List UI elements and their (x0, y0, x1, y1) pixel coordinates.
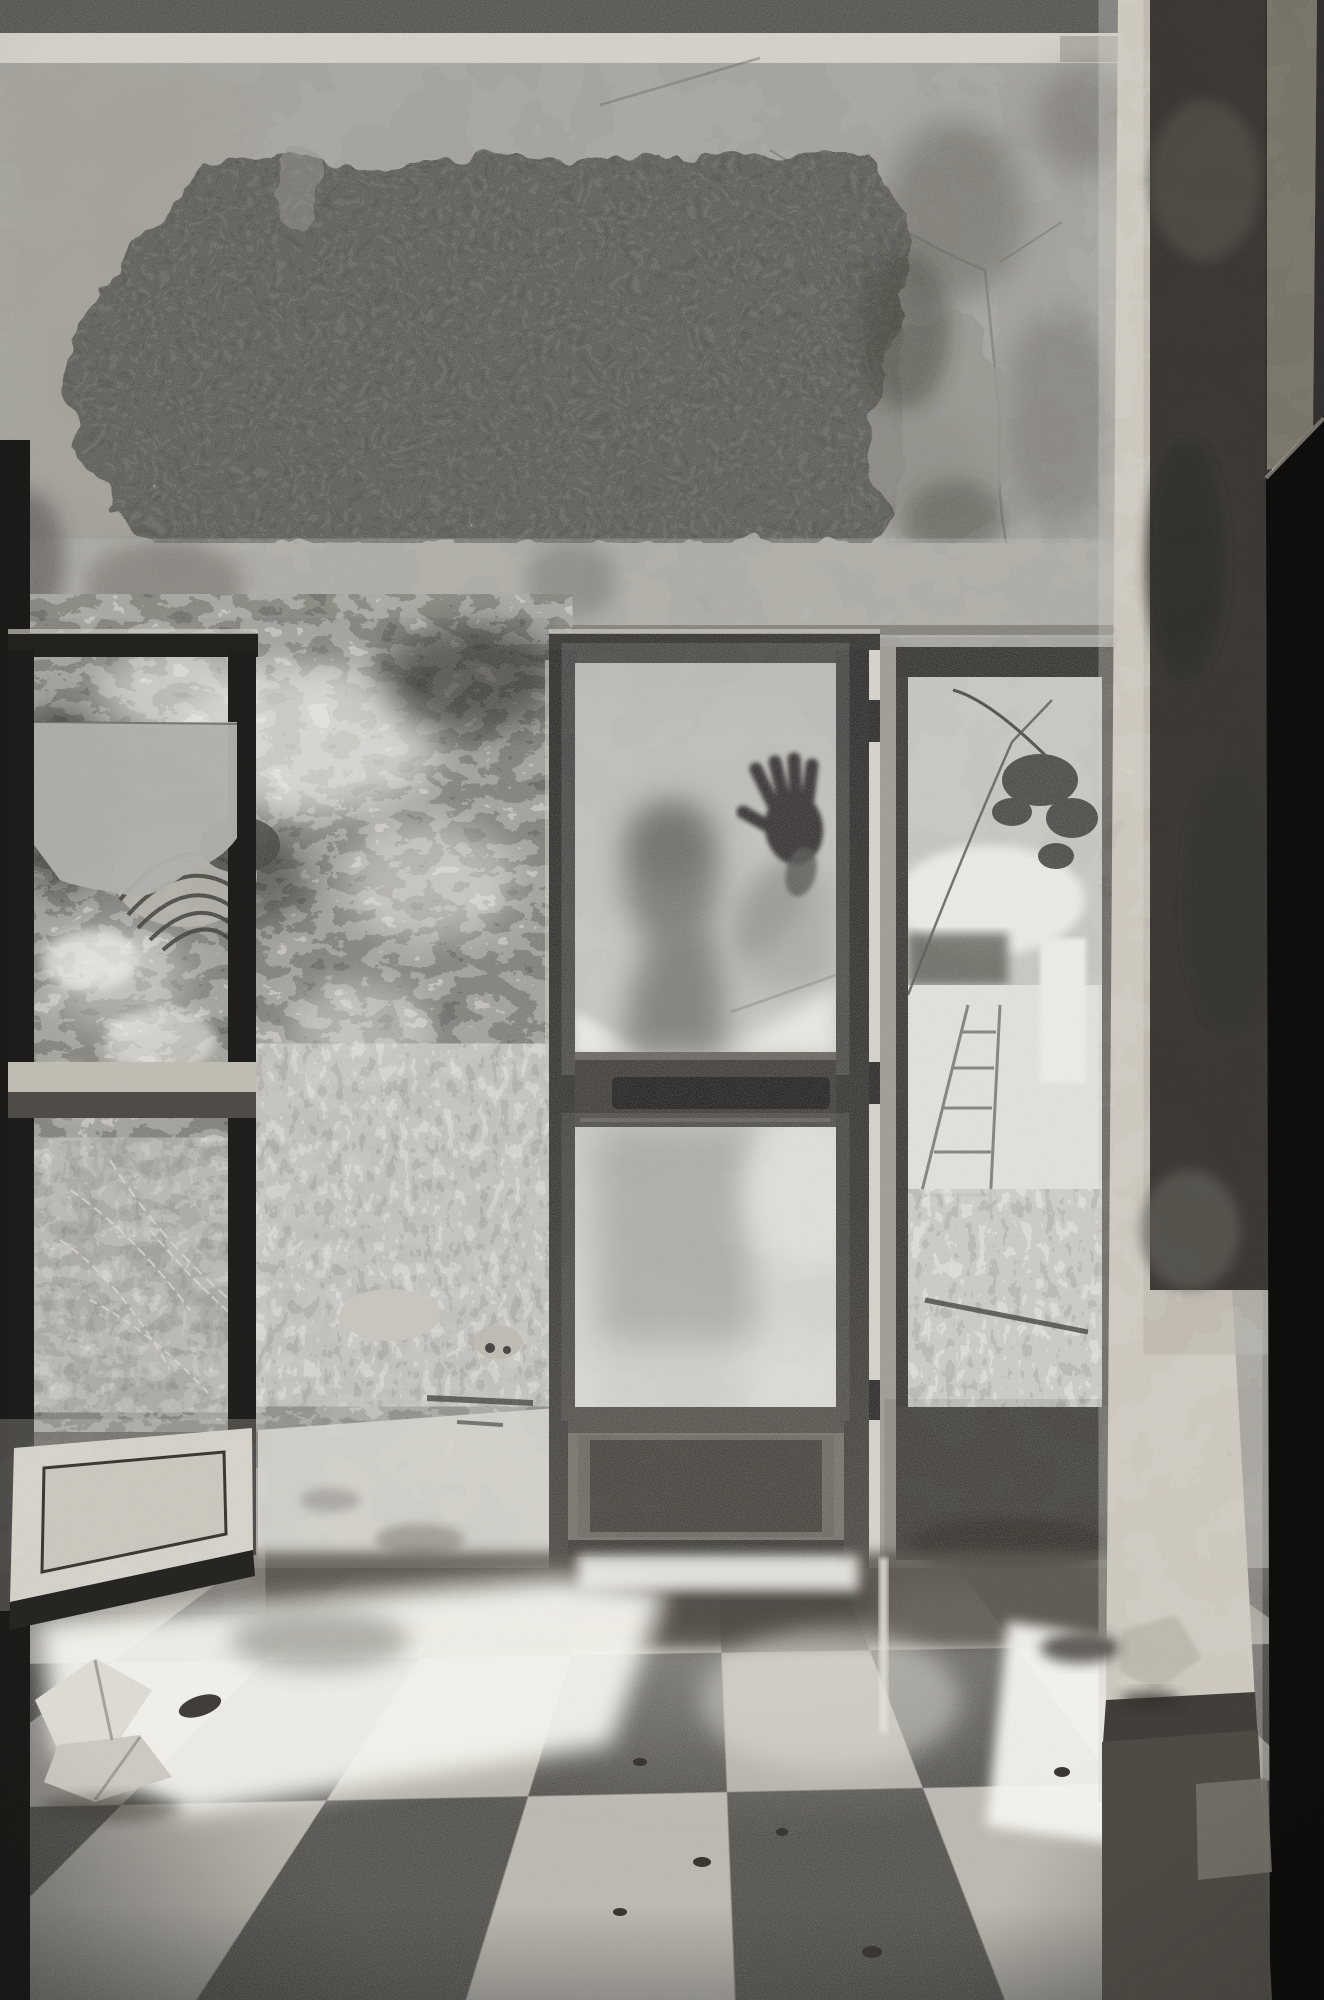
foreground-layer (0, 0, 1324, 2000)
film-grain-overlay (0, 0, 1324, 2000)
photograph-stage (0, 0, 1324, 2000)
